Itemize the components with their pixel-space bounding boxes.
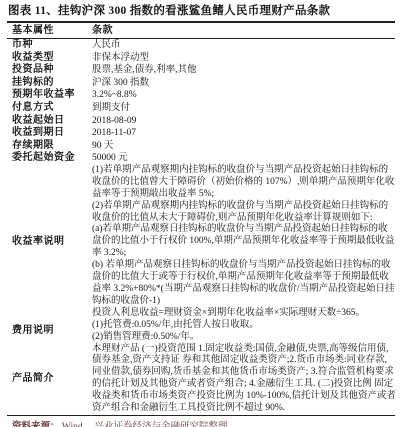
row-label: 收益率说明 xyxy=(6,236,92,249)
table-row: 收益到期日2018-11-07 xyxy=(6,127,396,140)
row-value: 90 天 xyxy=(92,140,396,153)
footer-rule xyxy=(7,415,395,416)
row-value: 3.2%~8.8% xyxy=(92,89,396,102)
row-label: 收益到期日 xyxy=(6,127,92,140)
header-terms-cell: 条款 xyxy=(92,24,396,37)
row-label: 委托起始资金 xyxy=(6,152,92,165)
table-row: 费用说明(1)托管费:0.05%/年,由托管人按日收取。 (2)销售管理费:0.… xyxy=(6,320,396,344)
row-value: 沪深 300 指数 xyxy=(92,77,396,90)
table-row: 挂钩标的沪深 300 指数 xyxy=(6,77,396,90)
row-label: 费用说明 xyxy=(6,325,92,338)
row-label: 投资品种 xyxy=(6,64,92,77)
table-row: 收益类型非保本浮动型 xyxy=(6,52,396,65)
table-body: 币种人民币收益类型非保本浮动型投资品种股票,基金,债券,利率,其他挂钩标的沪深 … xyxy=(6,39,396,415)
header-attribute-cell: 基本属性 xyxy=(6,24,92,37)
row-value: 人民币 xyxy=(92,39,396,52)
row-value: 股票,基金,债券,利率,其他 xyxy=(92,64,396,77)
table-row: 币种人民币 xyxy=(6,39,396,52)
row-value: 2018-11-07 xyxy=(92,127,396,140)
row-value: 非保本浮动型 xyxy=(92,52,396,65)
source-text: Wind， 兴业证券经济与金融研究院整理 xyxy=(62,422,228,427)
row-label: 挂钩标的 xyxy=(6,77,92,90)
table-row: 投资品种股票,基金,债券,利率,其他 xyxy=(6,64,396,77)
row-value: 本理财产品 (一)投资范围 1.固定收益类:国债,金融债,央票,高等级信用债,债… xyxy=(92,344,396,415)
row-label: 产品简介 xyxy=(6,373,92,386)
table-row: 收益率说明(1)若单期产品观察期内挂钩标的收盘价与当期产品投资起始日挂钩标的收盘… xyxy=(6,165,396,320)
table-row: 产品简介本理财产品 (一)投资范围 1.固定收益类:国债,金融债,央票,高等级信… xyxy=(6,344,396,415)
table-row: 委托起始资金50000 元 xyxy=(6,152,396,165)
row-value: (1)若单期产品观察期内挂钩标的收盘价与当期产品投资起始日挂钩标的收盘价的比值曾… xyxy=(92,165,396,320)
figure-title: 图表 11、挂钩沪深 300 指数的看涨鲨鱼鳍人民币理财产品条款 xyxy=(6,3,396,21)
row-value: (1)托管费:0.05%/年,由托管人按日收取。 (2)销售管理费:0.50%/… xyxy=(92,320,396,344)
row-label: 预期年收益率 xyxy=(6,89,92,102)
report-figure-page: 图表 11、挂钩沪深 300 指数的看涨鲨鱼鳍人民币理财产品条款 基本属性 条款… xyxy=(0,0,400,427)
row-label: 币种 xyxy=(6,39,92,52)
row-value: 50000 元 xyxy=(92,152,396,165)
source-label: 资料来源： xyxy=(12,422,60,427)
table-row: 收益起始日2018-08-09 xyxy=(6,115,396,128)
row-label: 收益起始日 xyxy=(6,115,92,128)
row-label: 收益类型 xyxy=(6,52,92,65)
source-line: 资料来源： Wind， 兴业证券经济与金融研究院整理 xyxy=(6,418,396,427)
table-row: 付息方式到期支付 xyxy=(6,102,396,115)
row-value: 2018-08-09 xyxy=(92,115,396,128)
row-label: 付息方式 xyxy=(6,102,92,115)
table-row: 存续期限90 天 xyxy=(6,140,396,153)
terms-table: 基本属性 条款 币种人民币收益类型非保本浮动型投资品种股票,基金,债券,利率,其… xyxy=(6,23,396,415)
table-row: 预期年收益率3.2%~8.8% xyxy=(6,89,396,102)
row-value: 到期支付 xyxy=(92,102,396,115)
row-label: 存续期限 xyxy=(6,140,92,153)
table-header-row: 基本属性 条款 xyxy=(6,23,396,38)
